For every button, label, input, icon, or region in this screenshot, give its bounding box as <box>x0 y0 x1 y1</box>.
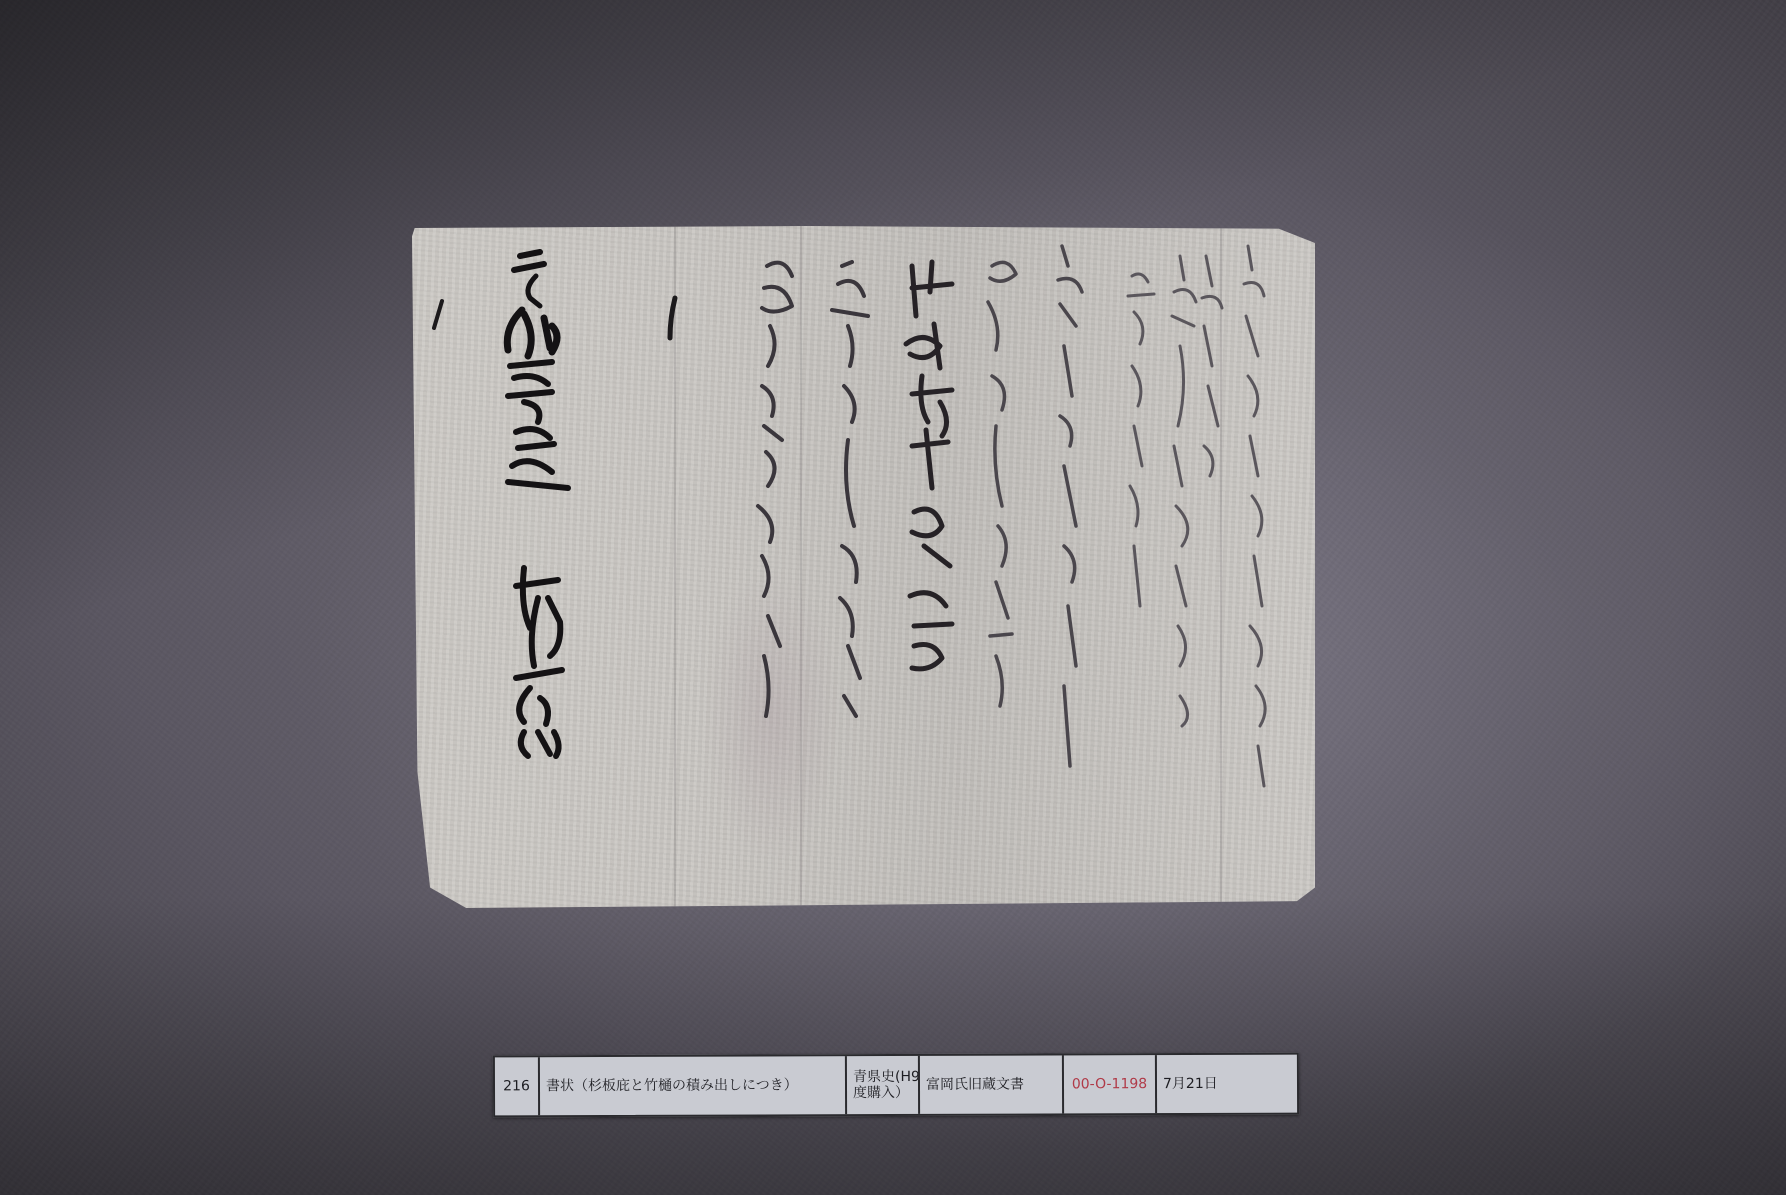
signature-column <box>507 252 568 756</box>
calligraphy-ink-strokes <box>412 226 1315 908</box>
acquisition-source-line2: 度購入） <box>853 1085 920 1101</box>
catalog-id: 00-O-1198 <box>1064 1055 1157 1113</box>
document-title: 書状（杉板庇と竹樋の積み出しにつき） <box>540 1056 847 1115</box>
acquisition-source-line1: 青県史(H9 <box>853 1069 920 1085</box>
faint-text-columns <box>1128 246 1265 786</box>
body-text-columns <box>758 262 868 716</box>
collection-name: 富岡氏旧蔵文書 <box>920 1055 1064 1114</box>
historical-letter-document <box>412 226 1315 908</box>
catalog-label-strip: 216 書状（杉板庇と竹樋の積み出しにつき） 青県史(H9 度購入） 富岡氏旧蔵… <box>493 1053 1299 1118</box>
acquisition-source: 青県史(H9 度購入） <box>847 1056 920 1114</box>
catalog-number: 216 <box>495 1057 540 1115</box>
document-date: 7月21日 <box>1157 1055 1297 1113</box>
